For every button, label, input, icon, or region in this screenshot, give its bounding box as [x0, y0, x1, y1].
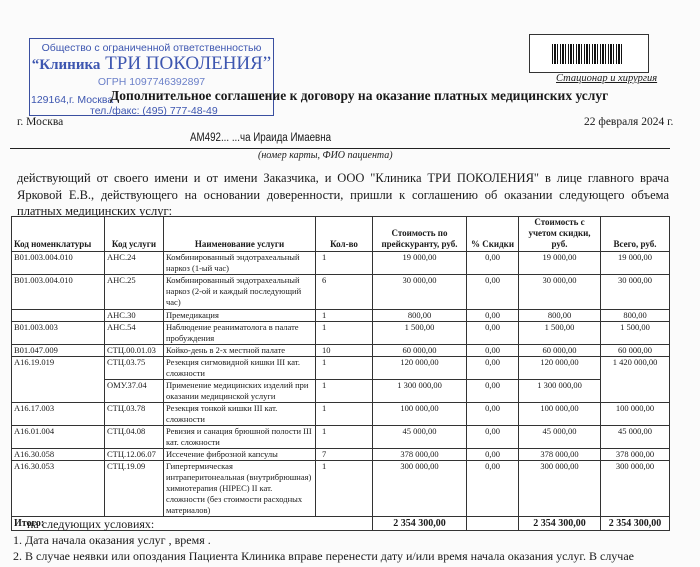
stamp-ogrn: ОГРН 1097746392897 — [30, 76, 273, 88]
cell-discount: 0,00 — [467, 310, 519, 322]
patient-info: АМ492... ...ча Ираида Имаевна — [190, 132, 331, 144]
cell-nomenclature-code: B01.047.009 — [12, 345, 105, 357]
cell-service-name: Ревизия и санация брюшной полости III ка… — [164, 426, 316, 449]
table-row: B01.003.004.010АНС.25Комбинированный энд… — [12, 275, 670, 310]
cell-quantity: 1 — [316, 357, 373, 380]
header-total: Всего, руб. — [601, 217, 670, 252]
patient-hint: (номер карты, ФИО пациента) — [258, 150, 393, 161]
cell-list-price: 300 000,00 — [373, 461, 467, 517]
header-nomenclature-code: Код номенклатуры — [12, 217, 105, 252]
intro-paragraph: действующий от своего имени и от имени З… — [17, 170, 669, 220]
document-title: Дополнительное соглашение к договору на … — [110, 88, 608, 104]
cell-service-code: СТЦ.12.06.07 — [105, 449, 164, 461]
table-row: B01.003.003АНС.54Наблюдение реаниматолог… — [12, 322, 670, 345]
cell-discounted-price: 100 000,00 — [519, 403, 601, 426]
cell-discount: 0,00 — [467, 345, 519, 357]
cell-service-code: АНС.25 — [105, 275, 164, 310]
conditions-heading: на следующих условиях: — [27, 517, 154, 532]
cell-service-code: СТЦ.19.09 — [105, 461, 164, 517]
cell-service-name: Койко-день в 2-х местной палате — [164, 345, 316, 357]
cell-discount: 0,00 — [467, 461, 519, 517]
stamp-phone: тел./факс: (495) 777-48-49 — [90, 105, 218, 117]
stamp-clinic-main: ТРИ ПОКОЛЕНИЯ” — [105, 53, 271, 74]
header-service-code: Код услуги — [105, 217, 164, 252]
cell-quantity: 1 — [316, 461, 373, 517]
table-row: B01.047.009СТЦ.00.01.03Койко-день в 2-х … — [12, 345, 670, 357]
cell-discount: 0,00 — [467, 252, 519, 275]
cell-discount: 0,00 — [467, 357, 519, 380]
cell-discounted-price: 378 000,00 — [519, 449, 601, 461]
patient-underline — [10, 148, 670, 149]
cell-service-code: АНС.24 — [105, 252, 164, 275]
cell-list-price: 800,00 — [373, 310, 467, 322]
cell-list-price: 30 000,00 — [373, 275, 467, 310]
cell-list-price: 378 000,00 — [373, 449, 467, 461]
total-discounted-price: 2 354 300,00 — [519, 517, 601, 531]
stamp-clinic-name: “Клиника ТРИ ПОКОЛЕНИЯ” — [30, 53, 273, 75]
cell-quantity: 1 — [316, 310, 373, 322]
table-row: A16.17.003СТЦ.03.78Резекция тонкой кишки… — [12, 403, 670, 426]
table-row: АНС.30Премедикация1800,000,00800,00800,0… — [12, 310, 670, 322]
total-sum: 2 354 300,00 — [601, 517, 670, 531]
cell-total: 60 000,00 — [601, 345, 670, 357]
cell-service-code: СТЦ.03.78 — [105, 403, 164, 426]
table-row: A16.01.004СТЦ.04.08Ревизия и санация брю… — [12, 426, 670, 449]
cell-total: 19 000,00 — [601, 252, 670, 275]
cell-total: 1 500,00 — [601, 322, 670, 345]
clinic-stamp: Общество с ограниченной ответственностью… — [29, 38, 274, 116]
barcode-box — [529, 34, 649, 73]
cell-discounted-price: 60 000,00 — [519, 345, 601, 357]
table-row: A16.19.019СТЦ.03.75Резекция сигмовидной … — [12, 357, 670, 380]
cell-total: 800,00 — [601, 310, 670, 322]
condition-item-1: 1. Дата начала оказания услуг , время . — [13, 533, 211, 548]
cell-list-price: 19 000,00 — [373, 252, 467, 275]
cell-discounted-price: 19 000,00 — [519, 252, 601, 275]
cell-nomenclature-code: A16.19.019 — [12, 357, 105, 403]
header-discounted-price: Стоимость с учетом скидки, руб. — [519, 217, 601, 252]
cell-service-code: СТЦ.00.01.03 — [105, 345, 164, 357]
cell-total: 1 420 000,00 — [601, 357, 670, 403]
cell-discount: 0,00 — [467, 322, 519, 345]
cell-service-name: Комбинированный эндотрахеальный наркоз (… — [164, 252, 316, 275]
cell-quantity: 1 — [316, 426, 373, 449]
cell-discount: 0,00 — [467, 449, 519, 461]
cell-discounted-price: 45 000,00 — [519, 426, 601, 449]
header-discount: % Скидки — [467, 217, 519, 252]
cell-discounted-price: 30 000,00 — [519, 275, 601, 310]
cell-discount: 0,00 — [467, 275, 519, 310]
barcode-icon — [552, 44, 622, 64]
services-table: Код номенклатуры Код услуги Наименование… — [11, 216, 670, 531]
header-quantity: Кол-во — [316, 217, 373, 252]
cell-service-name: Иссечение фиброзной капсулы — [164, 449, 316, 461]
document-date: 22 февраля 2024 г. — [584, 116, 673, 128]
header-service-name: Наименование услуги — [164, 217, 316, 252]
cell-service-code: СТЦ.04.08 — [105, 426, 164, 449]
cell-list-price: 45 000,00 — [373, 426, 467, 449]
cell-total: 300 000,00 — [601, 461, 670, 517]
stamp-clinic-prefix: “Клиника — [32, 57, 101, 73]
city: г. Москва — [17, 116, 63, 128]
cell-service-name: Применение медицинских изделий при оказа… — [164, 380, 316, 403]
cell-service-code: АНС.30 — [105, 310, 164, 322]
cell-total: 45 000,00 — [601, 426, 670, 449]
cell-service-name: Резекция тонкой кишки III кат. сложности — [164, 403, 316, 426]
department-label: Стационар и хирургия — [556, 73, 657, 84]
table-header-row: Код номенклатуры Код услуги Наименование… — [12, 217, 670, 252]
header-list-price: Стоимость по прейскуранту, руб. — [373, 217, 467, 252]
cell-discounted-price: 120 000,00 — [519, 357, 601, 380]
cell-service-name: Гипертермическая интраперитонеальная (вн… — [164, 461, 316, 517]
cell-nomenclature-code: B01.003.003 — [12, 322, 105, 345]
cell-quantity: 1 — [316, 322, 373, 345]
cell-nomenclature-code: A16.30.053 — [12, 461, 105, 517]
condition-item-2: 2. В случае неявки или опоздания Пациент… — [13, 549, 634, 564]
cell-service-code: ОМУ.37.04 — [105, 380, 164, 403]
cell-total: 378 000,00 — [601, 449, 670, 461]
cell-list-price: 120 000,00 — [373, 357, 467, 380]
cell-service-code: АНС.54 — [105, 322, 164, 345]
cell-nomenclature-code — [12, 310, 105, 322]
cell-nomenclature-code: A16.30.058 — [12, 449, 105, 461]
table-row: A16.30.058СТЦ.12.06.07Иссечение фиброзно… — [12, 449, 670, 461]
cell-total: 30 000,00 — [601, 275, 670, 310]
cell-discounted-price: 800,00 — [519, 310, 601, 322]
cell-quantity: 1 — [316, 403, 373, 426]
cell-service-name: Резекция сигмовидной кишки III кат. слож… — [164, 357, 316, 380]
cell-list-price: 1 500,00 — [373, 322, 467, 345]
cell-service-name: Премедикация — [164, 310, 316, 322]
cell-nomenclature-code: B01.003.004.010 — [12, 252, 105, 275]
cell-discounted-price: 1 300 000,00 — [519, 380, 601, 403]
cell-list-price: 60 000,00 — [373, 345, 467, 357]
cell-list-price: 100 000,00 — [373, 403, 467, 426]
table-row: A16.30.053СТЦ.19.09Гипертермическая интр… — [12, 461, 670, 517]
cell-discounted-price: 1 500,00 — [519, 322, 601, 345]
cell-service-code: СТЦ.03.75 — [105, 357, 164, 380]
cell-discount: 0,00 — [467, 426, 519, 449]
cell-discounted-price: 300 000,00 — [519, 461, 601, 517]
cell-quantity: 1 — [316, 252, 373, 275]
cell-list-price: 1 300 000,00 — [373, 380, 467, 403]
cell-nomenclature-code: A16.01.004 — [12, 426, 105, 449]
table-row: B01.003.004.010АНС.24Комбинированный энд… — [12, 252, 670, 275]
cell-discount: 0,00 — [467, 403, 519, 426]
cell-quantity: 10 — [316, 345, 373, 357]
total-list-price: 2 354 300,00 — [373, 517, 467, 531]
cell-service-name: Комбинированный эндотрахеальный наркоз (… — [164, 275, 316, 310]
cell-nomenclature-code: B01.003.004.010 — [12, 275, 105, 310]
cell-service-name: Наблюдение реаниматолога в палате пробуж… — [164, 322, 316, 345]
cell-quantity: 7 — [316, 449, 373, 461]
cell-quantity: 6 — [316, 275, 373, 310]
table-row: ОМУ.37.04Применение медицинских изделий … — [12, 380, 670, 403]
cell-nomenclature-code: A16.17.003 — [12, 403, 105, 426]
cell-discount: 0,00 — [467, 380, 519, 403]
cell-quantity: 1 — [316, 380, 373, 403]
total-discount — [467, 517, 519, 531]
cell-total: 100 000,00 — [601, 403, 670, 426]
